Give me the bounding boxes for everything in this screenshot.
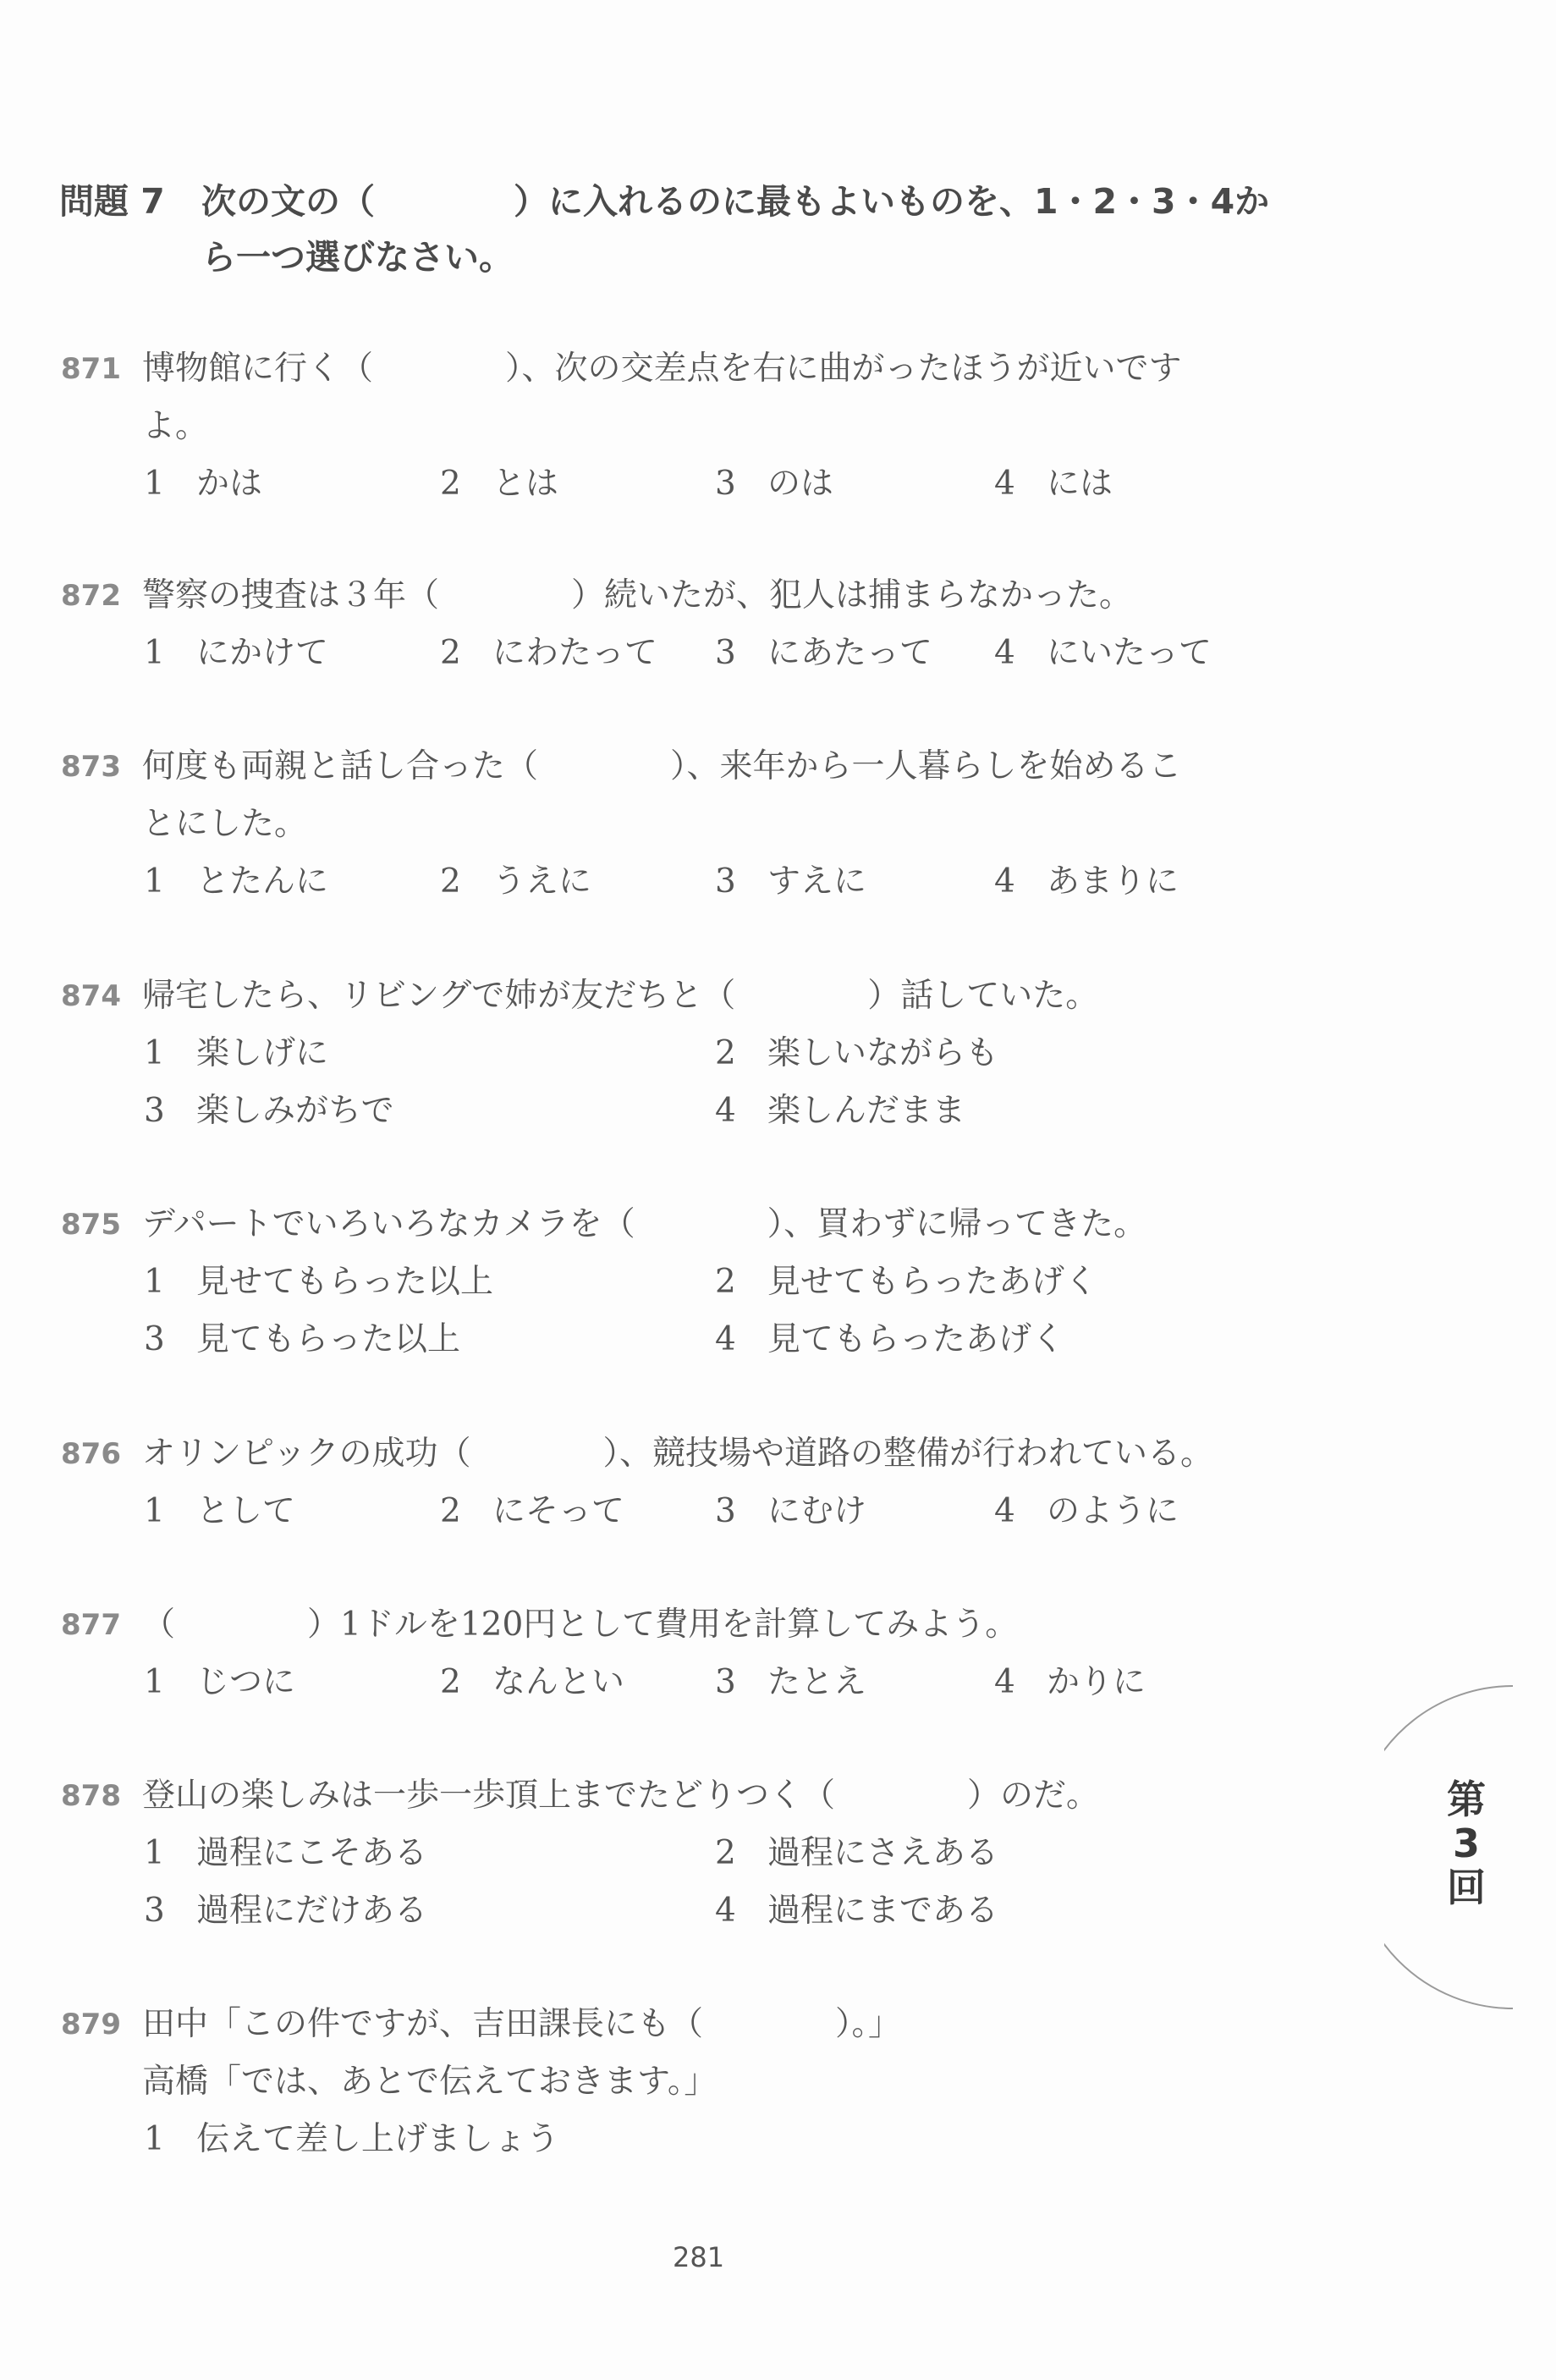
option-3[interactable]: 3見てもらった以上 — [144, 1311, 460, 1369]
question-number: 874 — [61, 967, 121, 1025]
problem-label: 問題 7 — [59, 174, 165, 229]
option-number: 3 — [715, 1654, 767, 1711]
option-1[interactable]: 1とたんに — [144, 853, 328, 911]
option-text: 楽しいながらも — [767, 1034, 998, 1072]
question-number: 878 — [61, 1767, 121, 1825]
option-number: 2 — [440, 1483, 492, 1540]
option-text: すえに — [767, 862, 866, 901]
option-number: 1 — [144, 2111, 196, 2168]
problem-instruction: 次の文の（ ）に入れるのに最もよいものを、1・2・3・4か ら一つ選びなさい。 — [201, 174, 1403, 285]
option-text: 楽しんだまま — [767, 1092, 965, 1130]
option-text: には — [1047, 465, 1113, 503]
option-text: のように — [1047, 1492, 1179, 1530]
option-text: 過程にだけある — [196, 1892, 427, 1930]
question-number: 872 — [61, 567, 121, 625]
option-text: 見せてもらったあげく — [767, 1263, 1097, 1301]
option-number: 3 — [715, 853, 767, 911]
question-number: 873 — [61, 738, 121, 796]
question-number: 877 — [61, 1596, 121, 1654]
option-text: にそって — [492, 1492, 624, 1530]
option-3[interactable]: 3のは — [715, 455, 833, 513]
option-3[interactable]: 3すえに — [715, 853, 866, 911]
option-4[interactable]: 4見てもらったあげく — [715, 1311, 1064, 1369]
option-4[interactable]: 4にいたって — [994, 625, 1212, 682]
option-text: 過程にこそある — [196, 1834, 427, 1872]
question-line: 博物館に行く（ ）、次の交差点を右に曲がったほうが近いです — [142, 340, 1182, 398]
option-text: にわたって — [492, 634, 657, 672]
option-text: 見せてもらった以上 — [196, 1263, 493, 1301]
option-number: 1 — [144, 1825, 196, 1882]
option-text: あまりに — [1047, 862, 1179, 901]
option-number: 1 — [144, 1483, 196, 1540]
option-number: 4 — [994, 455, 1047, 513]
option-number: 1 — [144, 1253, 196, 1311]
option-text: 過程にさえある — [767, 1834, 998, 1872]
option-number: 1 — [144, 625, 196, 682]
option-text: うえに — [492, 862, 591, 901]
question-line: 田中「この件ですが、吉田課長にも（ ）。」 — [142, 1996, 901, 2053]
question-line: 高橋「では、あとで伝えておきます。」 — [142, 2053, 901, 2111]
option-number: 3 — [715, 1483, 767, 1540]
option-1[interactable]: 1じつに — [144, 1654, 295, 1711]
option-number: 3 — [715, 455, 767, 513]
option-1[interactable]: 1として — [144, 1483, 295, 1540]
option-number: 2 — [440, 625, 492, 682]
option-2[interactable]: 2なんとい — [440, 1654, 624, 1711]
option-text: 楽しげに — [196, 1034, 328, 1072]
question-text: 田中「この件ですが、吉田課長にも（ ）。」 高橋「では、あとで伝えておきます。」 — [142, 1996, 901, 2111]
question-text: デパートでいろいろなカメラを（ ）、買わずに帰ってきた。 — [142, 1196, 1146, 1253]
option-number: 2 — [715, 1825, 767, 1882]
option-number: 4 — [715, 1311, 767, 1369]
chapter-char: 回 — [1437, 1865, 1496, 1909]
option-text: 見てもらったあげく — [767, 1320, 1064, 1358]
question-text: 帰宅したら、リビングで姉が友だちと（ ）話していた。 — [142, 967, 1098, 1025]
option-number: 2 — [715, 1253, 767, 1311]
option-number: 2 — [440, 455, 492, 513]
option-4[interactable]: 4かりに — [994, 1654, 1146, 1711]
option-4[interactable]: 4過程にまである — [715, 1882, 998, 1940]
option-2[interactable]: 2楽しいながらも — [715, 1025, 998, 1083]
question-text: 登山の楽しみは一歩一歩頂上までたどりつく（ ）のだ。 — [142, 1767, 1099, 1825]
chapter-char: 第 — [1437, 1777, 1496, 1821]
option-1[interactable]: 1にかけて — [144, 625, 328, 682]
option-text: にいたって — [1047, 634, 1212, 672]
option-text: として — [196, 1492, 295, 1530]
question-line: とにした。 — [142, 796, 1182, 853]
option-text: たとえ — [767, 1663, 866, 1701]
option-number: 4 — [994, 625, 1047, 682]
option-text: にあたって — [767, 634, 932, 672]
question-number: 871 — [61, 340, 121, 398]
question-line: （ ）1ドルを120円として費用を計算してみよう。 — [142, 1596, 1018, 1654]
question-line: デパートでいろいろなカメラを（ ）、買わずに帰ってきた。 — [142, 1196, 1146, 1253]
option-number: 2 — [440, 1654, 492, 1711]
option-number: 3 — [144, 1882, 196, 1940]
option-3[interactable]: 3過程にだけある — [144, 1882, 427, 1940]
option-2[interactable]: 2うえに — [440, 853, 591, 911]
option-1[interactable]: 1見せてもらった以上 — [144, 1253, 493, 1311]
question-number: 875 — [61, 1196, 121, 1253]
option-text: 楽しみがちで — [196, 1092, 394, 1130]
option-number: 2 — [715, 1025, 767, 1083]
option-number: 3 — [144, 1311, 196, 1369]
option-number: 4 — [994, 1654, 1047, 1711]
question-number: 879 — [61, 1996, 121, 2053]
option-number: 3 — [715, 625, 767, 682]
option-text: じつに — [196, 1663, 295, 1701]
question-text: 博物館に行く（ ）、次の交差点を右に曲がったほうが近いです よ。 — [142, 340, 1182, 455]
question-line: 登山の楽しみは一歩一歩頂上までたどりつく（ ）のだ。 — [142, 1767, 1099, 1825]
option-number: 1 — [144, 1025, 196, 1083]
chapter-side-tab: 第 3 回 — [1384, 1684, 1556, 2010]
option-2[interactable]: 2とは — [440, 455, 558, 513]
option-text: にむけ — [767, 1492, 866, 1530]
question-line: 警察の捜査は３年（ ）続いたが、犯人は捕まらなかった。 — [142, 567, 1132, 625]
question-number: 876 — [61, 1425, 121, 1483]
instruction-line: 次の文の（ ）に入れるのに最もよいものを、1・2・3・4か — [201, 174, 1403, 229]
question-line: オリンピックの成功（ ）、競技場や道路の整備が行われている。 — [142, 1425, 1213, 1483]
question-line: 帰宅したら、リビングで姉が友だちと（ ）話していた。 — [142, 967, 1098, 1025]
option-text: 伝えて差し上げましょう — [196, 2120, 559, 2158]
option-1[interactable]: 1かは — [144, 455, 262, 513]
option-4[interactable]: 4には — [994, 455, 1113, 513]
option-number: 4 — [715, 1083, 767, 1140]
page-number: 281 — [673, 2241, 724, 2273]
option-number: 4 — [715, 1882, 767, 1940]
option-3[interactable]: 3にあたって — [715, 625, 932, 682]
chapter-label: 第 3 回 — [1437, 1777, 1496, 1909]
option-text: とは — [492, 465, 558, 503]
option-text: とたんに — [196, 862, 328, 901]
option-number: 1 — [144, 853, 196, 911]
option-4[interactable]: 4あまりに — [994, 853, 1179, 911]
question-line: よ。 — [142, 398, 1182, 455]
question-text: オリンピックの成功（ ）、競技場や道路の整備が行われている。 — [142, 1425, 1213, 1483]
option-1[interactable]: 1伝えて差し上げましょう — [144, 2111, 559, 2168]
option-text: かりに — [1047, 1663, 1146, 1701]
option-text: 見てもらった以上 — [196, 1320, 460, 1358]
instruction-line: ら一つ選びなさい。 — [201, 229, 1403, 285]
option-text: 過程にまである — [767, 1892, 998, 1930]
option-text: にかけて — [196, 634, 328, 672]
option-4[interactable]: 4楽しんだまま — [715, 1083, 965, 1140]
option-2[interactable]: 2見せてもらったあげく — [715, 1253, 1097, 1311]
option-number: 3 — [144, 1083, 196, 1140]
question-text: 何度も両親と話し合った（ ）、来年から一人暮らしを始めるこ とにした。 — [142, 738, 1182, 853]
question-text: 警察の捜査は３年（ ）続いたが、犯人は捕まらなかった。 — [142, 567, 1132, 625]
option-2[interactable]: 2にそって — [440, 1483, 624, 1540]
option-text: のは — [767, 465, 833, 503]
option-number: 4 — [994, 1483, 1047, 1540]
option-1[interactable]: 1過程にこそある — [144, 1825, 427, 1882]
option-text: なんとい — [492, 1663, 624, 1701]
option-1[interactable]: 1楽しげに — [144, 1025, 328, 1083]
option-3[interactable]: 3にむけ — [715, 1483, 866, 1540]
question-line: 何度も両親と話し合った（ ）、来年から一人暮らしを始めるこ — [142, 738, 1182, 796]
option-number: 4 — [994, 853, 1047, 911]
book-page: 問題 7 次の文の（ ）に入れるのに最もよいものを、1・2・3・4か ら一つ選び… — [0, 0, 1556, 2380]
option-number: 1 — [144, 455, 196, 513]
option-3[interactable]: 3楽しみがちで — [144, 1083, 394, 1140]
chapter-char: 3 — [1437, 1821, 1496, 1865]
question-text: （ ）1ドルを120円として費用を計算してみよう。 — [142, 1596, 1018, 1654]
option-2[interactable]: 2にわたって — [440, 625, 657, 682]
option-text: かは — [196, 465, 262, 503]
option-number: 1 — [144, 1654, 196, 1711]
option-2[interactable]: 2過程にさえある — [715, 1825, 998, 1882]
option-3[interactable]: 3たとえ — [715, 1654, 866, 1711]
option-number: 2 — [440, 853, 492, 911]
option-4[interactable]: 4のように — [994, 1483, 1179, 1540]
